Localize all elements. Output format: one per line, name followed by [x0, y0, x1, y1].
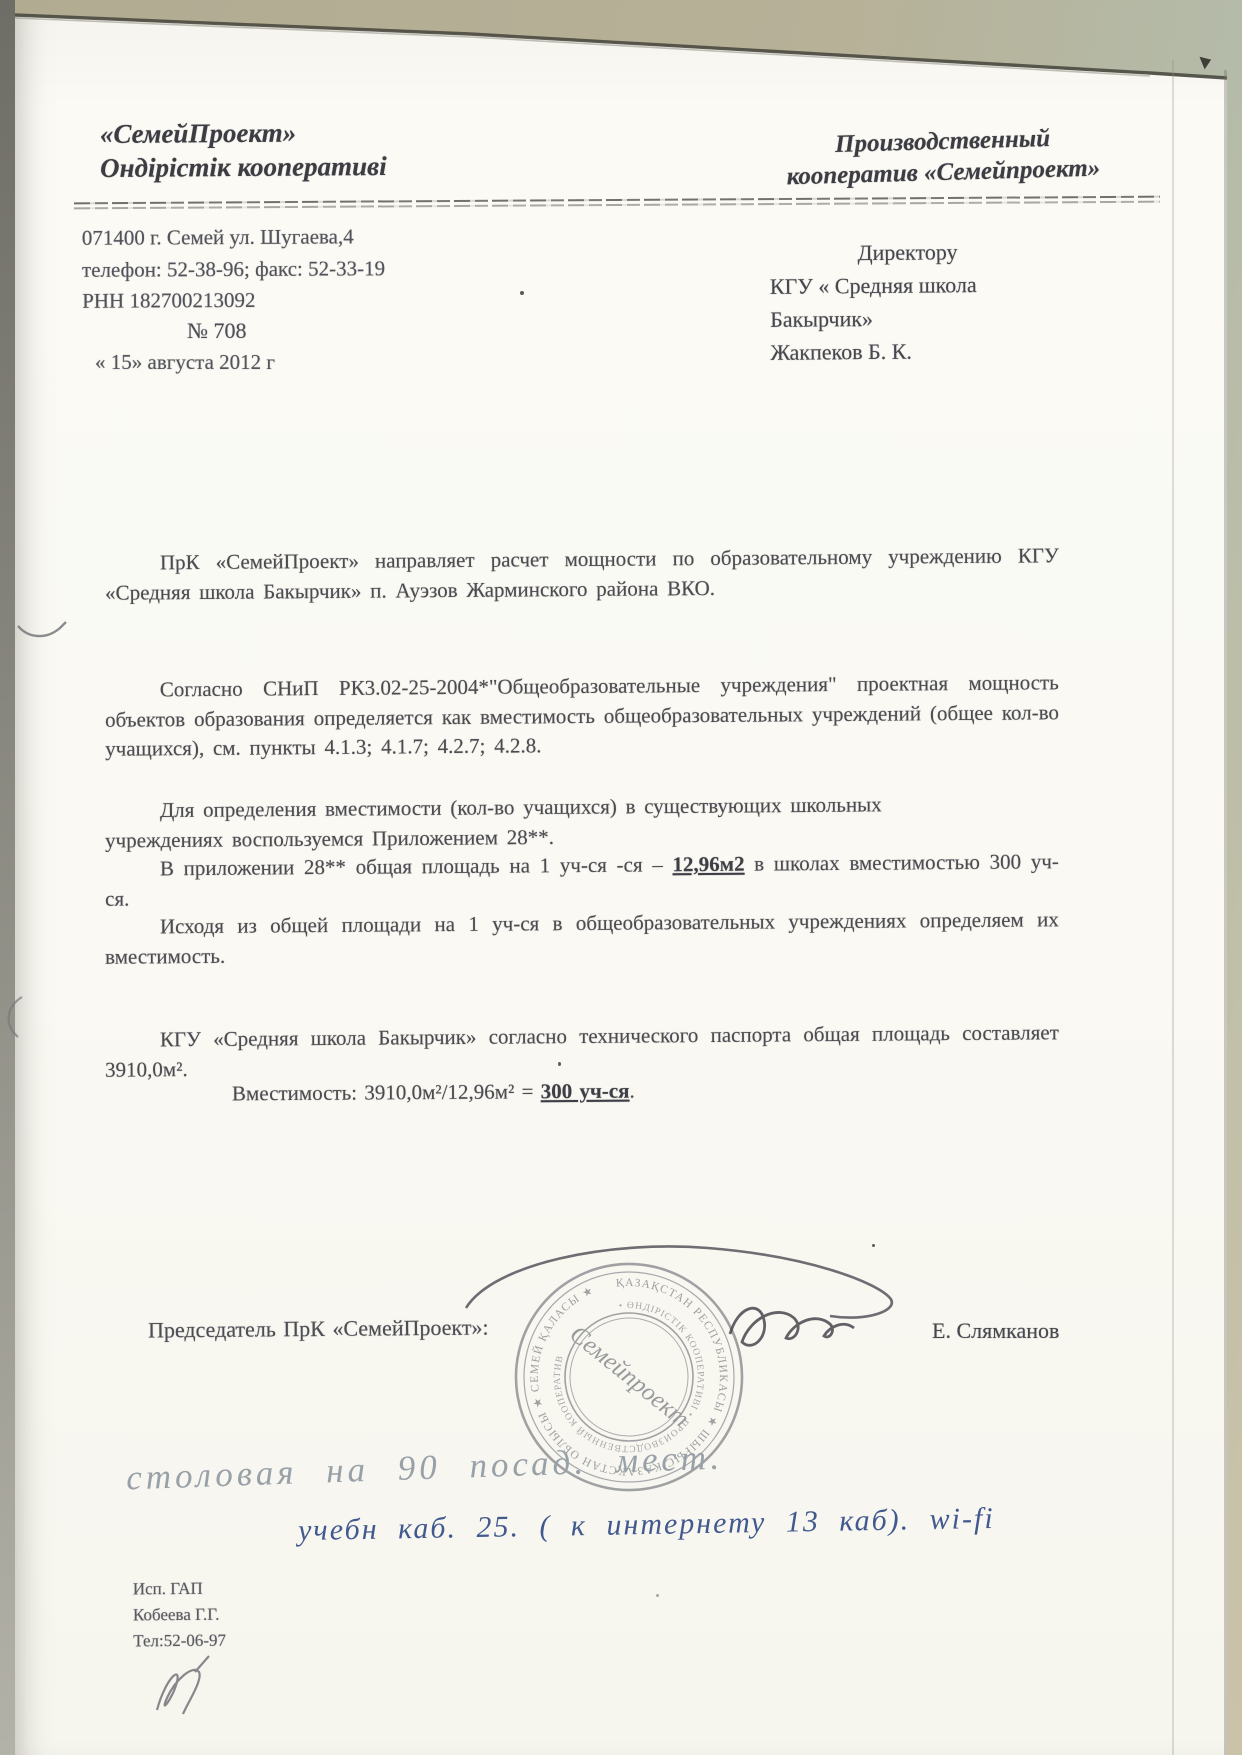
pencil-initial-mark — [145, 1652, 235, 1727]
body-paragraph-3: Для определения вместимости (кол-во учащ… — [105, 790, 985, 856]
margin-check-mark — [14, 610, 72, 648]
body-paragraph-1: ПрК «СемейПроект» направляет расчет мощн… — [105, 541, 1059, 607]
org-name-russian: Производственный кооператив «Семейпроект… — [727, 120, 1159, 194]
body-paragraph-5: Исходя из общей площади на 1 уч-ся в общ… — [105, 905, 1059, 971]
formula-expression: Вместимость: 3910,0м²/12,96м² = — [232, 1079, 541, 1105]
sender-address: 071400 г. Семей ул. Шугаева,4 — [82, 221, 385, 254]
scan-speck — [558, 1062, 561, 1066]
scan-left-shadow — [0, 0, 15, 1755]
sender-phone: телефон: 52-38-96; факс: 52-33-19 — [82, 253, 385, 286]
recipient-line-1: Директору — [769, 235, 976, 270]
paper-right-edge — [1224, 70, 1227, 1755]
org-name-kk-line1: «СемейПроект» — [100, 115, 387, 151]
body-paragraph-6: КГУ «Средняя школа Бакырчик» согласно те… — [105, 1018, 1059, 1084]
body-paragraph-2: Согласно СНиП РК3.02-25-2004*"Общеобразо… — [105, 668, 1060, 764]
recipient-line-4: Жакпеков Б. К. — [770, 334, 977, 369]
executor-phone: Тел:52-06-97 — [133, 1628, 226, 1655]
capacity-formula: Вместимость: 3910,0м²/12,96м² = 300 уч-с… — [232, 1079, 635, 1107]
executor-role: Исп. ГАП — [133, 1576, 226, 1603]
sender-rnn: РНН 182700213092 — [82, 284, 385, 317]
paragraph-4-text: В приложении 28** общая площадь на 1 уч-… — [160, 852, 673, 880]
ink-mark-top-right — [1197, 57, 1211, 71]
executor-block: Исп. ГАП Кобеева Г.Г. Тел:52-06-97 — [133, 1576, 226, 1655]
org-name-kk-line2: Ондірістік кооперативі — [100, 149, 387, 185]
document-number: № 708 — [187, 318, 247, 344]
recipient-line-2: КГУ « Средняя школа — [770, 268, 977, 303]
scan-speck — [872, 1244, 875, 1247]
margin-curve-mark — [0, 995, 26, 1039]
paper-fold-line — [1172, 60, 1174, 1755]
recipient-line-3: Бакырчик» — [770, 301, 977, 336]
capacity-result: 300 уч-ся — [541, 1079, 630, 1104]
executor-name: Кобеева Г.Г. — [133, 1602, 226, 1629]
sender-contacts: 071400 г. Семей ул. Шугаева,4 телефон: 5… — [82, 221, 386, 317]
body-paragraph-4: В приложении 28** общая площадь на 1 уч-… — [105, 847, 1059, 913]
recipient-block: Директору КГУ « Средняя школа Бакырчик» … — [769, 235, 977, 369]
area-per-student-value: 12,96м2 — [672, 852, 744, 877]
document-date: « 15» августа 2012 г — [95, 350, 275, 375]
scan-speck — [656, 1594, 659, 1597]
org-name-kazakh: «СемейПроект» Ондірістік кооперативі — [100, 115, 387, 185]
signature-scribble — [438, 1236, 958, 1376]
scan-speck — [520, 291, 524, 295]
scanned-letter: «СемейПроект» Ондірістік кооперативі Про… — [0, 0, 1242, 1755]
formula-period: . — [629, 1079, 634, 1103]
